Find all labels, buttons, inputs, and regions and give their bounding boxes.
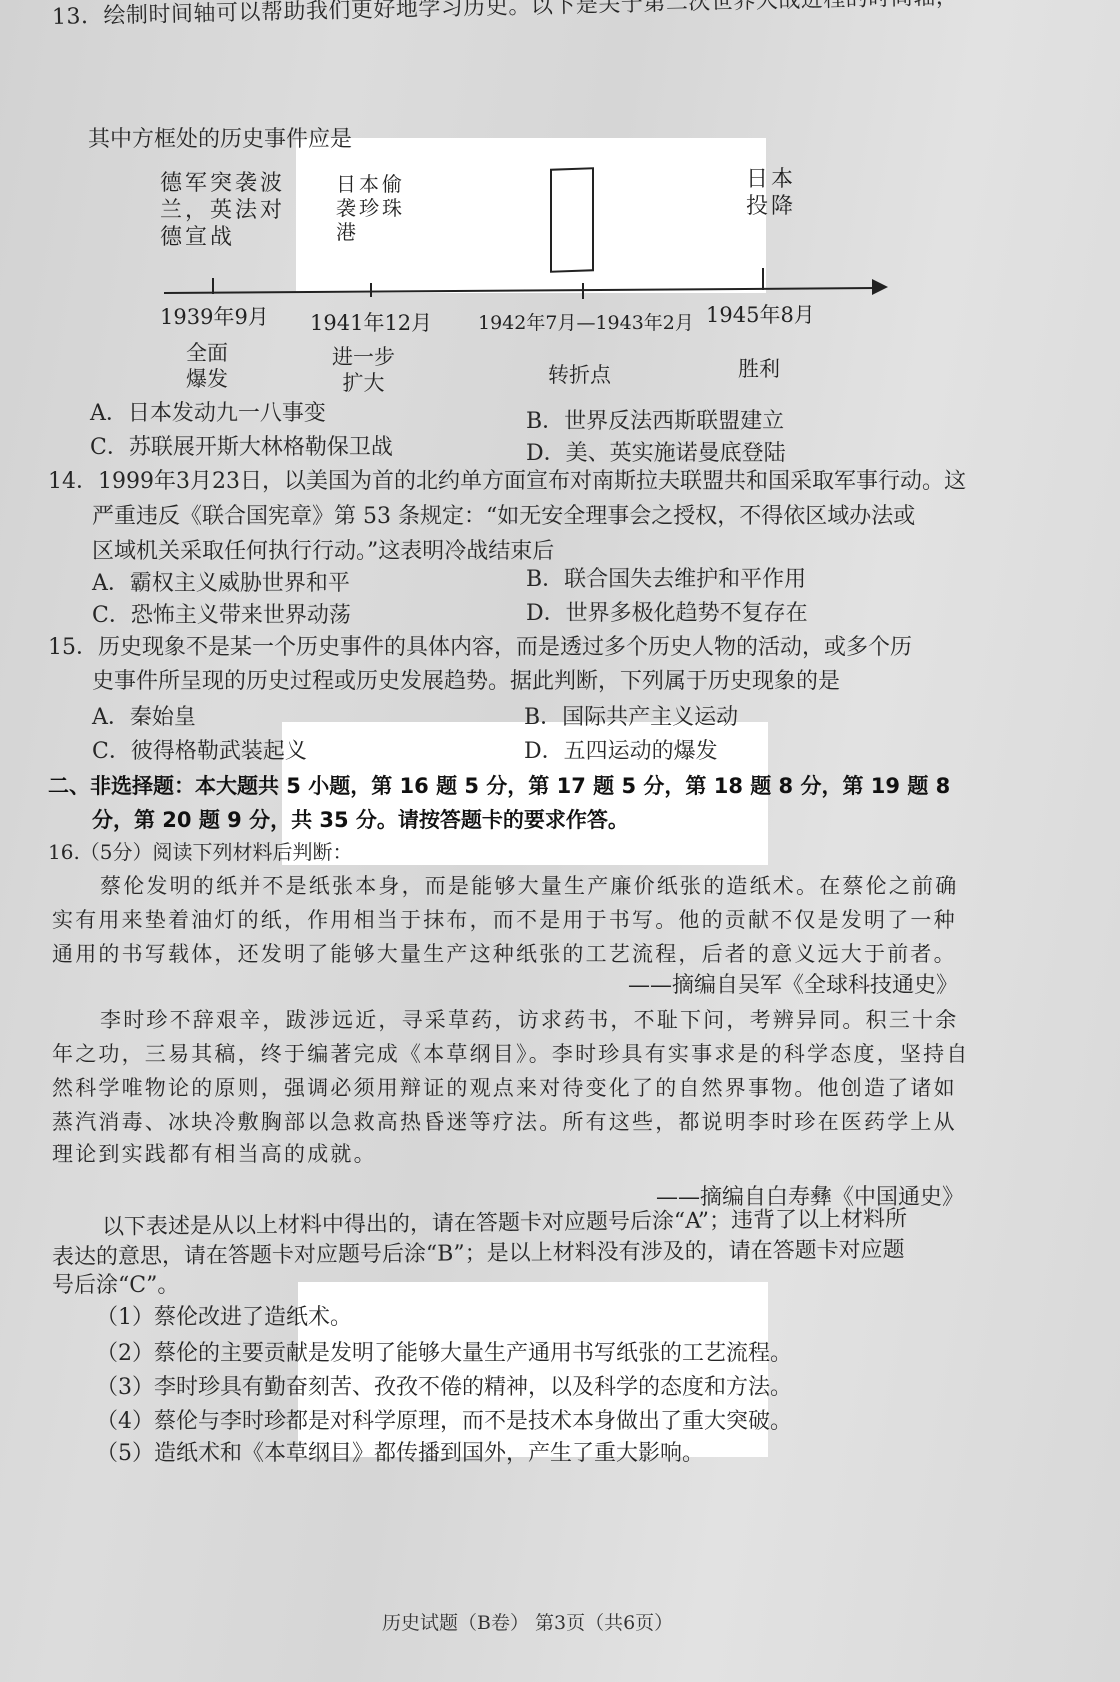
q16-statement-4[interactable]: （4）蔡伦与李时珍都是对科学原理，而不是技术本身做出了重大突破。 (96, 1408, 792, 1436)
answer-blank-box (550, 167, 594, 273)
q14-option-b[interactable]: B．联合国失去维护和平作用 (526, 566, 806, 594)
timeline-date-3: 1942年7月—1943年2月 (478, 310, 694, 336)
q15-option-b[interactable]: B．国际共产主义运动 (524, 704, 738, 732)
q16-material2-line1: 李时珍不辞艰辛，跋涉远近，寻采草药，访求药书，不耻下问，考辨异同。积三十余 (100, 1006, 958, 1034)
q14-option-a[interactable]: A．霸权主义威胁世界和平 (92, 570, 350, 598)
timeline-stage-3: 转折点 (548, 362, 611, 388)
q16-material1-line1: 蔡伦发明的纸并不是纸张本身，而是能够大量生产廉价纸张的造纸术。在蔡伦之前确 (100, 872, 958, 900)
timeline-stage-2: 进一步 扩大 (332, 344, 395, 396)
timeline-event-1-text: 德军突袭波 兰，英法对 德宣战 (160, 170, 285, 251)
timeline-stage-1: 全面 爆发 (186, 340, 228, 392)
q13-option-b[interactable]: B．世界反法西斯联盟建立 (526, 408, 784, 436)
q13-option-a[interactable]: A．日本发动九一八事变 (90, 400, 326, 428)
q16-instructions-line3: 号后涂“C”。 (52, 1272, 179, 1300)
q15-option-c[interactable]: C．彼得格勒武装起义 (92, 738, 307, 766)
q14-line3: 区域机关采取任何执行行动。”这表明冷战结束后 (92, 538, 554, 566)
q13-option-d[interactable]: D．美、英实施诺曼底登陆 (526, 440, 786, 468)
q16-material1-line3: 通用的书写载体，还发明了能够大量生产这种纸张的工艺流程，后者的意义远大于前者。 (52, 940, 957, 968)
timeline-date-4: 1945年8月 (706, 302, 815, 328)
timeline-arrow-icon (872, 279, 888, 295)
q16-material2-line4: 蒸汽消毒、冰块冷敷胸部以急救高热昏迷等疗法。所有这些，都说明李时珍在医药学上从 (52, 1108, 957, 1136)
q14-line1: 14．1999年3月23日，以美国为首的北约单方面宣布对南斯拉夫联盟共和国采取军… (48, 468, 966, 496)
q16-statement-2[interactable]: （2）蔡伦的主要贡献是发明了能够大量生产通用书写纸张的工艺流程。 (96, 1340, 792, 1368)
q16-material2-line3: 然科学唯物论的原则，强调必须用辩证的观点来对待变化了的自然界事物。他创造了诸如 (52, 1074, 957, 1102)
q14-option-d[interactable]: D．世界多极化趋势不复存在 (526, 600, 808, 628)
page-footer: 历史试题（B卷） 第3页（共6页） (382, 1608, 673, 1635)
timeline-tick-4 (762, 268, 764, 290)
timeline-tick-2 (370, 283, 372, 297)
q14-option-c[interactable]: C．恐怖主义带来世界动荡 (92, 602, 351, 630)
q16-statement-5[interactable]: （5）造纸术和《本草纲目》都传播到国外，产生了重大影响。 (96, 1440, 704, 1468)
q15-option-d[interactable]: D．五四运动的爆发 (524, 738, 718, 766)
timeline-event-2-text: 日本偷 袭珍珠 港 (336, 172, 405, 244)
q16-material2-line5: 理论到实践都有相当高的成就。 (52, 1140, 377, 1168)
q16-material1-line2: 实有用来垫着油灯的纸，作用相当于抹布，而不是用于书写。他的贡献不仅是发明了一种 (52, 906, 957, 934)
q14-line2: 严重违反《联合国宪章》第 53 条规定：“如无安全理事会之授权，不得依区域办法或 (92, 503, 915, 531)
timeline-date-1: 1939年9月 (160, 304, 269, 330)
q15-option-a[interactable]: A．秦始皇 (92, 704, 196, 732)
timeline-tick-1 (212, 278, 214, 294)
q15-line2: 史事件所呈现的历史过程或历史发展趋势。据此判断，下列属于历史现象的是 (92, 668, 840, 696)
q16-instructions-line1: 以下表述是从以上材料中得出的，请在答题卡对应题号后涂“A”；违背了以上材料所 (102, 1206, 907, 1242)
q13-stem-line2: 其中方框处的历史事件应是 (88, 126, 352, 154)
timeline-tick-3 (582, 283, 584, 299)
q16-statement-3[interactable]: （3）李时珍具有勤奋刻苦、孜孜不倦的精神，以及科学的态度和方法。 (96, 1374, 792, 1402)
q13-stem-line1: 13．绘制时间轴可以帮助我们更好地学习历史。以下是关于第二次世界大战进程的时间轴… (52, 0, 959, 32)
q16-statement-1[interactable]: （1）蔡伦改进了造纸术。 (96, 1304, 352, 1332)
section2-header-line1: 二、非选择题：本大题共 5 小题，第 16 题 5 分，第 17 题 5 分，第… (48, 772, 950, 800)
timeline-stage-4: 胜利 (738, 356, 780, 382)
section2-header-line2: 分，第 20 题 9 分，共 35 分。请按答题卡的要求作答。 (92, 806, 629, 834)
q13-option-c[interactable]: C．苏联展开斯大林格勒保卫战 (90, 434, 393, 462)
timeline-date-2: 1941年12月 (310, 310, 432, 336)
q16-header: 16.（5分）阅读下列材料后判断： (48, 838, 353, 866)
q16-instructions-line2: 表达的意思，请在答题卡对应题号后涂“B”；是以上材料没有涉及的，请在答题卡对应题 (52, 1237, 905, 1272)
q16-material1-source: ——摘编自吴军《全球科技通史》 (628, 972, 958, 1000)
q15-line1: 15．历史现象不是某一个历史事件的具体内容，而是透过多个历史人物的活动，或多个历 (48, 634, 912, 662)
q16-material2-line2: 年之功，三易其稿，终于编著完成《本草纲目》。李时珍具有实事求是的科学态度，坚持自 (52, 1040, 970, 1068)
timeline-event-4-text: 日本 投降 (746, 166, 796, 220)
